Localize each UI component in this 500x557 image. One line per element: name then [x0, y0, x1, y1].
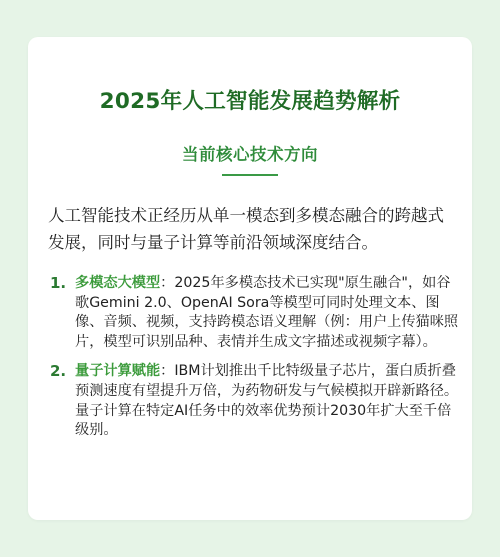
- section-subtitle: 当前核心技术方向: [28, 144, 472, 166]
- subtitle-divider: [222, 174, 278, 176]
- item-separator: ：: [160, 363, 174, 379]
- item-label: 多模态大模型: [75, 275, 160, 291]
- intro-paragraph: 人工智能技术正经历从单一模态到多模态融合的跨越式发展，同时与量子计算等前沿领域深…: [48, 202, 458, 256]
- list-item: 2. 量子计算赋能：IBM计划推出千比特级量子芯片，蛋白质折叠预测速度有望提升万…: [50, 362, 460, 440]
- content-card: 2025年人工智能发展趋势解析 当前核心技术方向 人工智能技术正经历从单一模态到…: [28, 37, 472, 520]
- list-marker: 1.: [50, 274, 66, 294]
- list-item: 1. 多模态大模型：2025年多模态技术已实现"原生融合"，如谷歌Gemini …: [50, 274, 460, 352]
- item-separator: ：: [160, 275, 174, 291]
- item-label: 量子计算赋能: [75, 363, 160, 379]
- page-title: 2025年人工智能发展趋势解析: [28, 89, 472, 115]
- list-marker: 2.: [50, 362, 66, 382]
- trend-list: 1. 多模态大模型：2025年多模态技术已实现"原生融合"，如谷歌Gemini …: [50, 274, 460, 451]
